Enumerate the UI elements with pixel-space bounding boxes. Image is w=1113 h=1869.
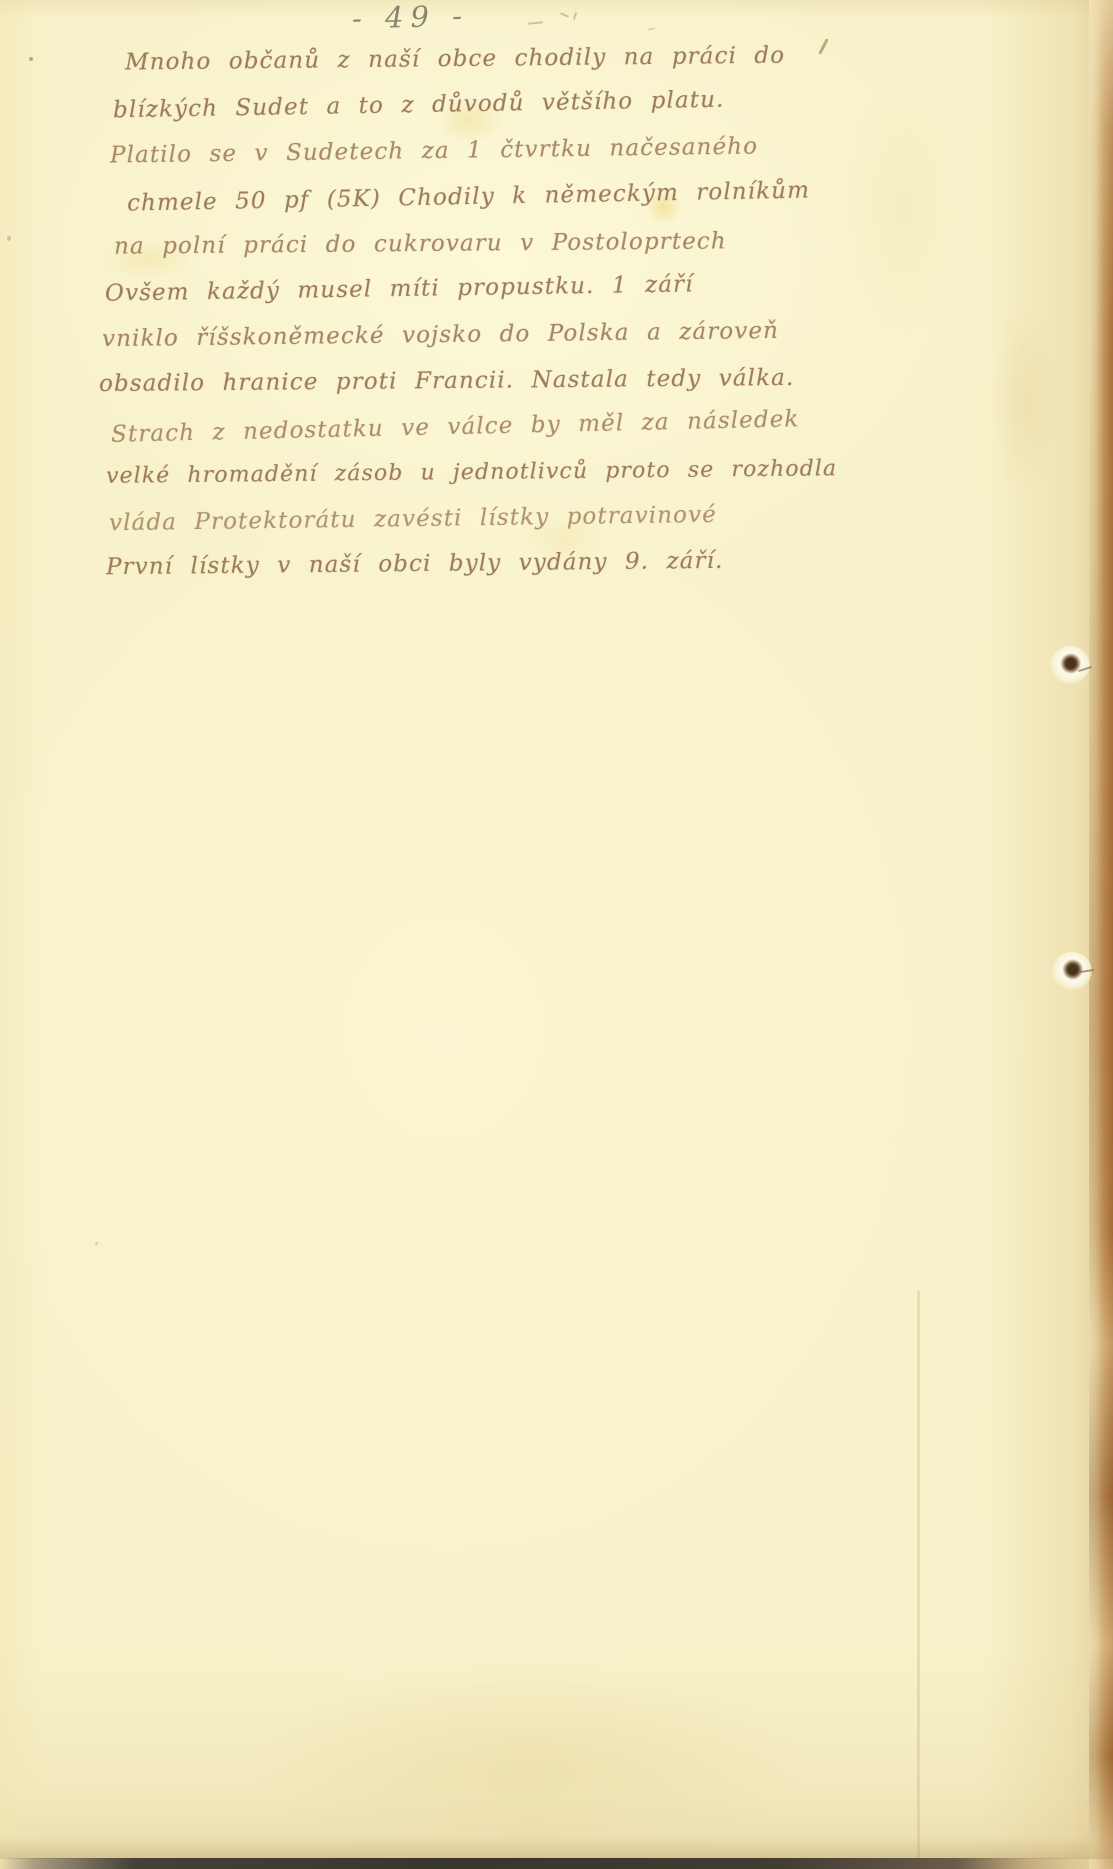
punch-hole-top (1050, 646, 1090, 684)
scanned-chronicle-page: - 49 - Mnoho občanů z naší obce chodily … (0, 0, 1113, 1869)
handwritten-line: obsadilo hranice proti Francii. Nastala … (99, 365, 795, 397)
bottom-page-shadow (0, 1837, 1113, 1859)
handwritten-line: velké hromadění zásob u jednotlivců prot… (106, 456, 837, 489)
page-crease-line (917, 1290, 920, 1869)
handwritten-text-block: Mnoho občanů z naší obce chodily na prác… (0, 0, 1113, 1869)
handwritten-line: Strach z nedostatku ve válce by měl za n… (111, 406, 800, 448)
handwritten-line: vláda Protektorátu zavésti lístky potrav… (109, 502, 717, 536)
handwritten-line: Ovšem každý musel míti propustku. 1 září (105, 271, 694, 306)
handwritten-line: vniklo říšskoněmecké vojsko do Polska a … (102, 318, 779, 352)
handwritten-line: chmele 50 pf (5K) Chodily k německým rol… (127, 177, 810, 216)
page-binding-edge-texture (1089, 0, 1113, 1869)
handwritten-line: Platilo se v Sudetech za 1 čtvrtku načes… (110, 133, 758, 168)
handwritten-line: Mnoho občanů z naší obce chodily na prác… (125, 43, 785, 76)
handwritten-line: První lístky v naší obci byly vydány 9. … (106, 548, 724, 580)
scan-bottom-edge (0, 1858, 1113, 1869)
handwritten-line: blízkých Sudet a to z důvodů většího pla… (113, 87, 725, 124)
handwritten-line: na polní práci do cukrovaru v Postoloprt… (114, 228, 727, 259)
